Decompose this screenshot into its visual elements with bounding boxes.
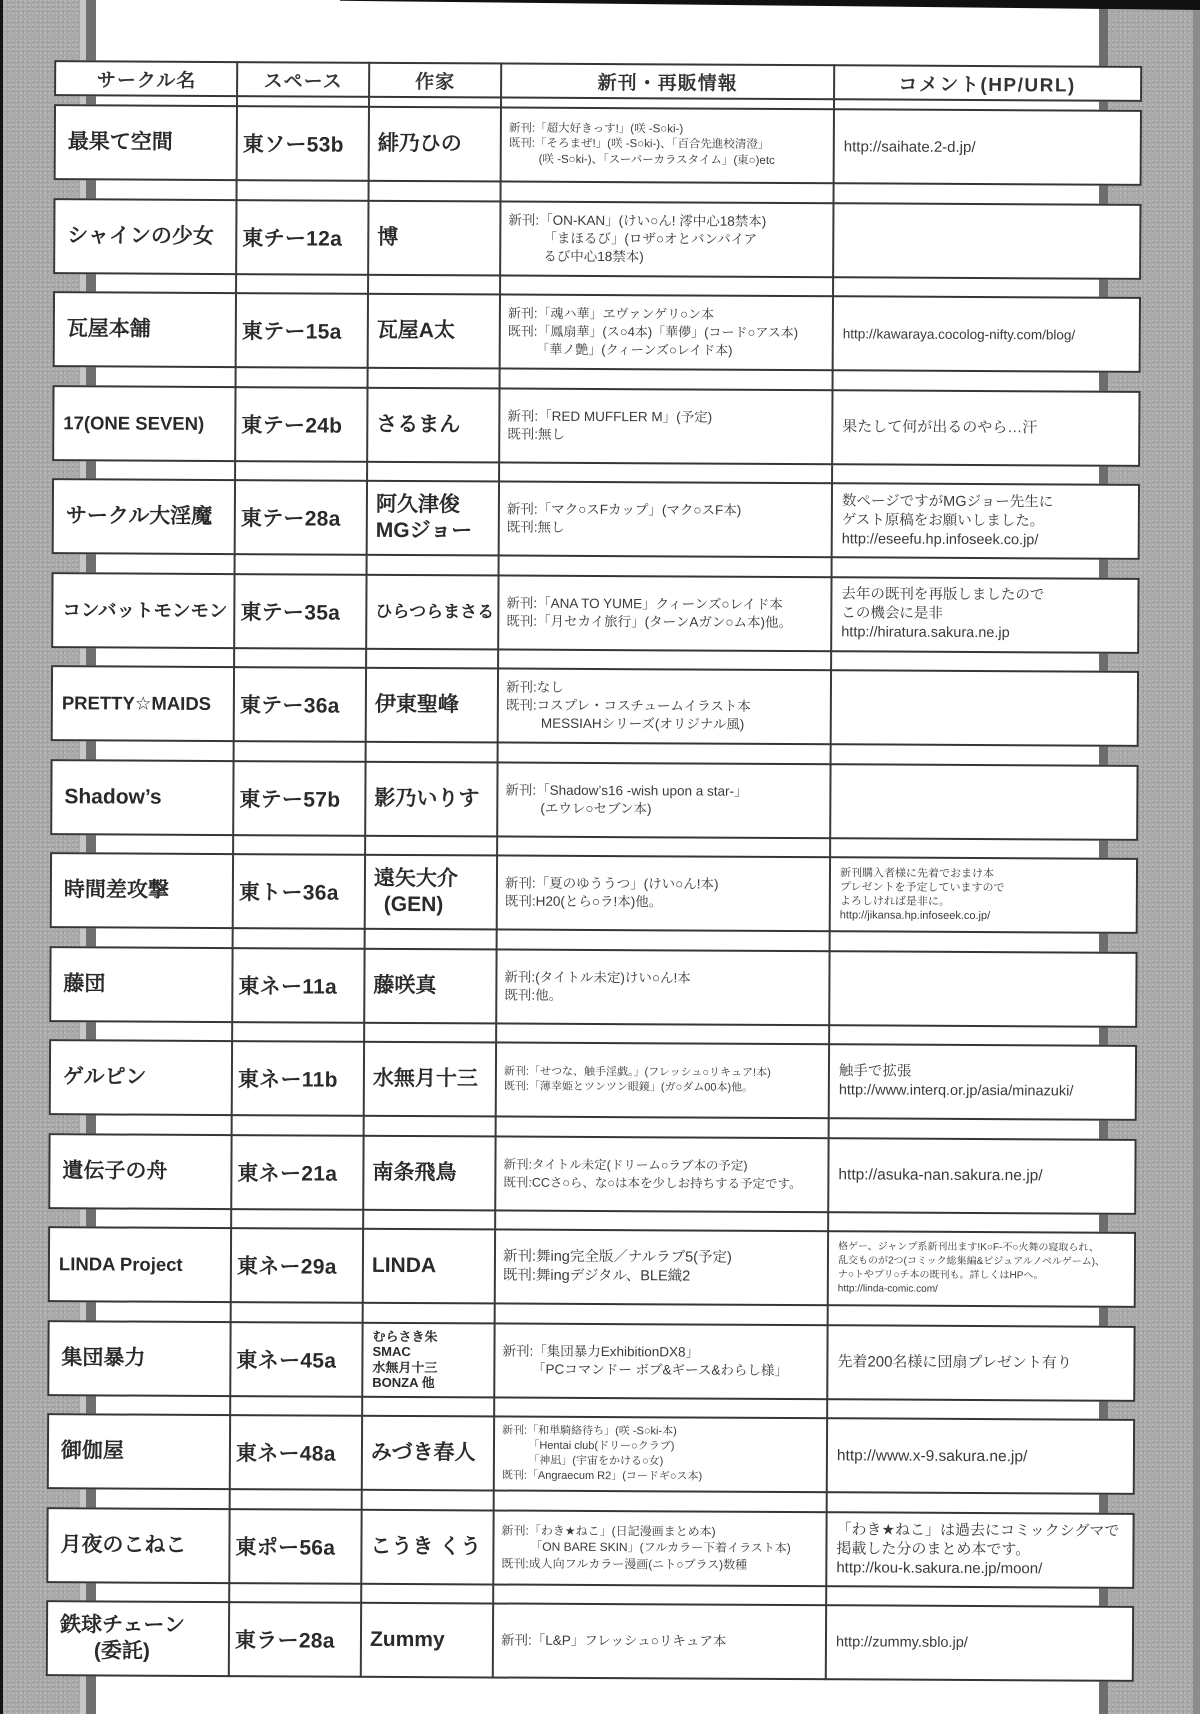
- cell-release-info: 新刊:「わき★ねこ」(日記漫画まとめ本) 「ON BARE SKIN」(フルカラ…: [493, 1511, 826, 1585]
- table-row: 時間差攻撃 東トー36a 遠矢大介 (GEN) 新刊:「夏のゆううつ」(けい○ん…: [50, 852, 1138, 934]
- cell-space: 東テー15a: [236, 294, 368, 367]
- info-line: 既刊:成人向フルカラー漫画(ニト○プラス)数種: [501, 1555, 826, 1573]
- cell-author: ひらつらまさる: [366, 575, 498, 648]
- info-line: 新刊:「L&P」フレッシュ○リキュア本: [501, 1632, 826, 1652]
- cell-release-info: 新刊:「マク○スFカップ」(マク○スF本) 既刊:無し: [499, 482, 832, 556]
- author-name: 遠矢大介: [374, 866, 497, 893]
- cell-release-info: 新刊:なし 既刊:コスプレ・コスチュームイラスト本 MESSIAHシリーズ(オリ…: [498, 669, 831, 743]
- comment-line: 新刊購入者様に先着でおまけ本: [840, 866, 1136, 882]
- cell-release-info: 新刊:タイトル未定(ドリーム○ラブ本の予定) 既刊:CCさ○ら、な○は本を少しお…: [495, 1137, 828, 1211]
- cell-comment: 去年の既刊を再版しましたので この機会に是非 http://hiratura.s…: [831, 578, 1137, 652]
- comment-line: この機会に是非: [841, 604, 1137, 625]
- cell-space: 東ネー11b: [232, 1042, 364, 1115]
- circle-note: (委託): [94, 1638, 229, 1665]
- cell-author: LINDA: [363, 1230, 495, 1303]
- cell-author: Zummy: [361, 1604, 493, 1677]
- header-release-info: 新刊・再販情報: [501, 65, 834, 99]
- author-name: (GEN): [374, 892, 497, 919]
- table-row: PRETTY☆MAIDS 東テー36a 伊東聖峰 新刊:なし 既刊:コスプレ・コ…: [51, 665, 1139, 747]
- circle-name: 鉄球チェーン: [60, 1612, 229, 1639]
- author-name: 影乃いりす: [374, 785, 497, 812]
- cell-space: 東ネー45a: [230, 1323, 362, 1396]
- info-line: 既刊:「月セカイ旅行」(ターンAガン○ム本)他。: [506, 612, 831, 632]
- info-line: 新刊:「ON-KAN」(けい○ん! 澪中心18禁本): [508, 211, 833, 231]
- table-row: 月夜のこねこ 東ポー56a こうき くう 新刊:「わき★ねこ」(日記漫画まとめ本…: [46, 1507, 1134, 1589]
- homepage-url: http://kou-k.sakura.ne.jp/moon/: [836, 1558, 1132, 1579]
- info-line: 既刊:H20(とら○ラ!本)他。: [505, 893, 830, 913]
- cell-author: こうき くう: [361, 1510, 493, 1583]
- cell-space: 東トー36a: [233, 855, 365, 928]
- table-row: LINDA Project 東ネー29a LINDA 新刊:舞ing完全版／ナル…: [48, 1226, 1136, 1308]
- cell-author: 影乃いりす: [365, 762, 497, 835]
- cell-space: 東ラー28a: [229, 1603, 361, 1676]
- header-circle-name: サークル名: [56, 62, 237, 95]
- table-row: シャインの少女 東チー12a 博 新刊:「ON-KAN」(けい○ん! 澪中心18…: [53, 198, 1141, 280]
- info-line: 既刊:「Angraecum R2」(コードギ○ス本): [502, 1469, 827, 1486]
- info-line: 「Hentai club(ドリー○クラブ): [502, 1439, 827, 1456]
- table-row: 瓦屋本舗 東テー15a 瓦屋A太 新刊:「魂ハ華」ヱヴァンゲリ○ン本 既刊:「鳳…: [53, 291, 1141, 373]
- comment-line: 「わき★ねこ」は過去にコミックシグマで: [837, 1520, 1133, 1541]
- cell-circle-name: 集団暴力: [49, 1322, 230, 1395]
- cell-author: 遠矢大介 (GEN): [365, 856, 497, 929]
- space-number: 東ネー48a: [236, 1437, 362, 1468]
- cell-release-info: 新刊:(タイトル未定)けい○ん!本 既刊:他。: [496, 950, 829, 1024]
- cell-comment: [833, 204, 1139, 278]
- cell-comment: http://zummy.sblo.jp/: [826, 1606, 1132, 1680]
- comment-line: 果たして何が出るのやら…汗: [842, 417, 1138, 438]
- cell-circle-name: LINDA Project: [50, 1228, 231, 1301]
- homepage-url: http://eseefu.hp.infoseek.co.jp/: [842, 530, 1138, 551]
- cell-author: 博: [368, 201, 500, 274]
- cell-comment: 先着200名様に団扇プレゼント有り: [827, 1326, 1133, 1400]
- cell-release-info: 新刊:「Shadow’s16 -wish upon a star-」 (エウレ○…: [497, 763, 830, 837]
- circle-name: PRETTY☆MAIDS: [62, 690, 234, 717]
- cell-comment: 数ページですがMGジョー先生に ゲスト原稿をお願いしました。 http://es…: [832, 484, 1138, 558]
- info-line: 新刊:「ANA TO YUME」クィーンズ○レイド本: [506, 594, 831, 614]
- space-number: 東チー12a: [242, 222, 368, 253]
- homepage-url: http://linda-comic.com/: [838, 1282, 1134, 1298]
- author-name: LINDA: [372, 1253, 495, 1280]
- info-line: 既刊:CCさ○ら、な○は本を少しお持ちする予定です。: [503, 1173, 828, 1193]
- space-number: 東ソー53b: [243, 128, 369, 159]
- author-name: みづき春人: [371, 1440, 494, 1467]
- author-name: SMAC: [372, 1344, 494, 1360]
- cell-release-info: 新刊:「せつな、触手淫戯。」(フレッシュ○リキュア!本) 既刊:「薄幸姫とツンツ…: [496, 1043, 829, 1117]
- space-number: 東テー15a: [242, 315, 368, 346]
- space-number: 東ネー29a: [237, 1250, 363, 1281]
- cell-release-info: 新刊:「集団暴力ExhibitionDX8」 「PCコマンドー ボブ&ギース&わ…: [494, 1324, 827, 1398]
- cell-release-info: 新刊:「ANA TO YUME」クィーンズ○レイド本 既刊:「月セカイ旅行」(タ…: [498, 576, 831, 650]
- author-name: 瓦屋A太: [377, 318, 500, 345]
- cell-circle-name: 17(ONE SEVEN): [54, 387, 235, 460]
- circle-name: サークル大淫魔: [66, 503, 235, 530]
- cell-circle-name: 時間差攻撃: [52, 854, 233, 927]
- cell-circle-name: PRETTY☆MAIDS: [53, 667, 234, 740]
- circle-name: 時間差攻撃: [64, 877, 233, 904]
- cell-space: 東テー57b: [233, 762, 365, 835]
- author-name: 南条飛鳥: [372, 1159, 495, 1186]
- author-name: 水無月十三: [372, 1359, 494, 1375]
- author-name: さるまん: [376, 411, 499, 438]
- comment-line: 触手で拡張: [839, 1062, 1135, 1083]
- circle-name: Shadow’s: [64, 784, 233, 811]
- info-line: 新刊:「Shadow’s16 -wish upon a star-」: [505, 781, 830, 801]
- cell-release-info: 新刊:「魂ハ華」ヱヴァンゲリ○ン本 既刊:「鳳扇華」(ス○4本)「華儚」(コード…: [500, 296, 833, 370]
- cell-space: 東ネー48a: [230, 1416, 362, 1489]
- table-row: サークル大淫魔 東テー28a 阿久津俊 MGジョー 新刊:「マク○スFカップ」(…: [52, 478, 1140, 560]
- cell-release-info: 新刊:「和単騎絡待ち」(咲 -S○ki-本) 「Hentai club(ドリー○…: [494, 1417, 827, 1491]
- cell-circle-name: 遺伝子の舟: [50, 1135, 231, 1208]
- table-body: サークル名 スペース 作家 新刊・再販情報 コメント(HP/URL) 最果て空間…: [46, 60, 1142, 1682]
- cell-comment: http://kawaraya.cocolog-nifty.com/blog/: [833, 297, 1139, 371]
- space-number: 東ネー11a: [238, 970, 364, 1001]
- comment-line: 去年の既刊を再版しましたので: [841, 585, 1137, 606]
- scan-edge-right: [1193, 0, 1200, 1714]
- circle-table: サークル名 スペース 作家 新刊・再販情報 コメント(HP/URL) 最果て空間…: [46, 60, 1142, 1682]
- info-line: 新刊:タイトル未定(ドリーム○ラブ本の予定): [503, 1155, 828, 1175]
- author-name: 緋乃ひの: [378, 131, 501, 158]
- circle-name: LINDA Project: [59, 1251, 231, 1278]
- info-line: MESSIAHシリーズ(オリジナル風): [506, 715, 831, 735]
- cell-comment: [829, 952, 1135, 1026]
- cell-author: 南条飛鳥: [363, 1136, 495, 1209]
- table-row: 鉄球チェーン (委託) 東ラー28a Zummy 新刊:「L&P」フレッシュ○リ…: [46, 1600, 1134, 1682]
- space-number: 東テー57b: [239, 783, 365, 814]
- table-header: サークル名 スペース 作家 新刊・再販情報 コメント(HP/URL): [54, 60, 1142, 102]
- author-name: 伊東聖峰: [375, 692, 498, 719]
- cell-space: 東ネー11a: [232, 949, 364, 1022]
- author-name: BONZA 他: [372, 1375, 494, 1391]
- info-line: 新刊:「超大好きっす!」(咲 -S○ki-): [509, 121, 834, 138]
- table-row: 御伽屋 東ネー48a みづき春人 新刊:「和単騎絡待ち」(咲 -S○ki-本) …: [47, 1413, 1135, 1495]
- info-line: 新刊:「魂ハ華」ヱヴァンゲリ○ン本: [508, 305, 833, 325]
- info-line: 新刊:なし: [506, 679, 831, 699]
- cell-space: 東チー12a: [236, 201, 368, 274]
- info-line: 既刊:他。: [504, 986, 829, 1006]
- table-row: ゲルピン 東ネー11b 水無月十三 新刊:「せつな、触手淫戯。」(フレッシュ○リ…: [49, 1039, 1137, 1121]
- info-line: 新刊:「和単騎絡待ち」(咲 -S○ki-本): [502, 1424, 827, 1441]
- author-name: 水無月十三: [373, 1066, 496, 1093]
- cell-comment: http://saihate.2-d.jp/: [834, 110, 1140, 184]
- table-row: 集団暴力 東ネー45a むらさき朱 SMAC 水無月十三 BONZA 他 新刊:…: [47, 1320, 1135, 1402]
- cell-author: 緋乃ひの: [369, 108, 501, 181]
- homepage-url: http://zummy.sblo.jp/: [836, 1633, 1132, 1654]
- info-line: 新刊:「マク○スFカップ」(マク○スF本): [507, 501, 832, 521]
- cell-circle-name: Shadow’s: [52, 761, 233, 834]
- info-line: 新刊:「RED MUFFLER M」(予定): [507, 407, 832, 427]
- table-row: コンバットモンモン 東テー35a ひらつらまさる 新刊:「ANA TO YUME…: [51, 572, 1139, 654]
- author-name: こうき くう: [370, 1533, 493, 1560]
- cell-circle-name: 御伽屋: [49, 1415, 230, 1488]
- space-number: 東ネー21a: [237, 1157, 363, 1188]
- cell-release-info: 新刊:「L&P」フレッシュ○リキュア本: [493, 1604, 826, 1678]
- header-space: スペース: [237, 63, 369, 96]
- homepage-url: http://hiratura.sakura.ne.jp: [841, 623, 1137, 644]
- circle-name: ゲルピン: [63, 1064, 232, 1091]
- cell-comment: 新刊購入者様に先着でおまけ本 プレゼントを予定していますので よろしければ是非に…: [830, 858, 1136, 932]
- space-number: 東テー36a: [240, 689, 366, 720]
- space-number: 東テー28a: [241, 502, 367, 533]
- circle-name: 月夜のこねこ: [60, 1532, 229, 1559]
- info-line: 新刊:(タイトル未定)けい○ん!本: [504, 968, 829, 988]
- header-author: 作家: [369, 64, 501, 97]
- author-name: ひらつらまさる: [375, 598, 498, 625]
- circle-name: 最果て空間: [68, 129, 237, 156]
- cell-comment: http://www.x-9.sakura.ne.jp/: [827, 1419, 1133, 1493]
- table-row: 藤団 東ネー11a 藤咲真 新刊:(タイトル未定)けい○ん!本 既刊:他。: [49, 946, 1137, 1028]
- cell-author: 瓦屋A太: [368, 295, 500, 368]
- cell-circle-name: 最果て空間: [56, 106, 237, 179]
- circle-name: 集団暴力: [61, 1345, 230, 1372]
- author-name: Zummy: [370, 1627, 493, 1654]
- comment-line: 掲載した分のまとめ本です。: [836, 1539, 1132, 1560]
- cell-comment: 触手で拡張 http://www.interq.or.jp/asia/minaz…: [829, 1045, 1135, 1119]
- space-number: 東ネー45a: [236, 1344, 362, 1375]
- info-line: 新刊:「わき★ねこ」(日記漫画まとめ本): [502, 1522, 827, 1540]
- comment-line: ナ○トやブリ○チ本の既刊も。詳しくはHPへ。: [838, 1268, 1134, 1284]
- cell-comment: [830, 765, 1136, 839]
- cell-space: 東テー35a: [234, 575, 366, 648]
- cell-space: 東テー28a: [235, 481, 367, 554]
- cell-space: 東ネー21a: [231, 1136, 363, 1209]
- cell-space: 東テー36a: [234, 668, 366, 741]
- header-comment: コメント(HP/URL): [834, 66, 1140, 100]
- cell-release-info: 新刊:「夏のゆううつ」(けい○ん!本) 既刊:H20(とら○ラ!本)他。: [497, 856, 830, 930]
- cell-comment: 果たして何が出るのやら…汗: [832, 391, 1138, 465]
- info-line: 既刊:「鳳扇華」(ス○4本)「華儚」(コード○アス本): [508, 323, 833, 343]
- info-line: 既刊:無し: [507, 425, 832, 445]
- cell-circle-name: 鉄球チェーン (委託): [48, 1602, 229, 1675]
- cell-circle-name: コンバットモンモン: [53, 574, 234, 647]
- cell-circle-name: 藤団: [51, 948, 232, 1021]
- cell-author: 伊東聖峰: [366, 669, 498, 742]
- space-number: 東ポー56a: [235, 1531, 361, 1562]
- info-line: (エウレ○セブン本): [505, 799, 830, 819]
- circle-name: 17(ONE SEVEN): [63, 410, 235, 437]
- info-line: 「PCコマンドー ボブ&ギース&わらし様」: [502, 1360, 827, 1380]
- info-line: 「華ノ艶」(クィーンズ○レイド本): [508, 341, 833, 361]
- cell-circle-name: 月夜のこねこ: [48, 1509, 229, 1582]
- info-line: るび中心18禁本): [508, 247, 833, 267]
- cell-author: 藤咲真: [364, 949, 496, 1022]
- homepage-url: http://www.interq.or.jp/asia/minazuki/: [839, 1081, 1135, 1102]
- info-line: 「神凪」(宇宙をかける○女): [502, 1454, 827, 1471]
- circle-name: 瓦屋本舗: [67, 316, 236, 343]
- space-number: 東ネー11b: [238, 1063, 364, 1094]
- author-name: 藤咲真: [373, 972, 496, 999]
- circle-name: コンバットモンモン: [62, 597, 234, 624]
- info-line: 既刊:「薄幸姫とツンツン眼鏡」(ガ○ダム00本)他。: [504, 1080, 829, 1097]
- info-line: 新刊:「夏のゆううつ」(けい○ん!本): [505, 875, 830, 895]
- cell-release-info: 新刊:「ON-KAN」(けい○ん! 澪中心18禁本) 「まほるび」(ロザ○オとバ…: [500, 202, 833, 276]
- author-name: 博: [377, 224, 500, 251]
- info-line: 新刊:舞ing完全版／ナルラブ5(予定): [503, 1248, 828, 1269]
- cell-author: むらさき朱 SMAC 水無月十三 BONZA 他: [362, 1323, 494, 1396]
- info-line: 既刊:無し: [507, 519, 832, 539]
- homepage-url: http://www.x-9.sakura.ne.jp/: [837, 1446, 1133, 1467]
- table-row: 遺伝子の舟 東ネー21a 南条飛鳥 新刊:タイトル未定(ドリーム○ラブ本の予定)…: [48, 1133, 1136, 1215]
- space-number: 東トー36a: [239, 876, 365, 907]
- cell-author: 阿久津俊 MGジョー: [367, 482, 499, 555]
- cell-comment: http://asuka-nan.sakura.ne.jp/: [828, 1139, 1134, 1213]
- cell-release-info: 新刊:「超大好きっす!」(咲 -S○ki-) 既刊:「そろまぜ!」(咲 -S○k…: [501, 109, 834, 183]
- table-row: 17(ONE SEVEN) 東テー24b さるまん 新刊:「RED MUFFLE…: [52, 385, 1140, 467]
- scan-edge-left: [0, 0, 3, 1714]
- cell-author: 水無月十三: [364, 1043, 496, 1116]
- info-line: 「ON BARE SKIN」(フルカラー下着イラスト本): [501, 1539, 826, 1557]
- homepage-url: http://asuka-nan.sakura.ne.jp/: [838, 1165, 1134, 1186]
- cell-comment: [831, 671, 1137, 745]
- comment-line: よろしければ是非に。: [840, 894, 1136, 910]
- homepage-url: http://saihate.2-d.jp/: [844, 137, 1140, 158]
- info-line: 既刊:コスプレ・コスチュームイラスト本: [506, 697, 831, 717]
- comment-line: 格ゲー、ジャンプ系新刊出ます!K○F-不○火舞の寝取られ、: [838, 1240, 1134, 1256]
- comment-line: 乱交ものが2つ(コミック総集編&ビジュアルノベルゲーム)、: [838, 1254, 1134, 1270]
- cell-space: 東ポー56a: [229, 1510, 361, 1583]
- circle-name: シャインの少女: [67, 223, 236, 250]
- cell-space: 東ネー29a: [231, 1229, 363, 1302]
- table-row: Shadow’s 東テー57b 影乃いりす 新刊:「Shadow’s16 -wi…: [50, 759, 1138, 841]
- author-name: 阿久津俊: [376, 492, 499, 519]
- info-line: 新刊:「集団暴力ExhibitionDX8」: [502, 1342, 827, 1362]
- space-number: 東テー35a: [240, 596, 366, 627]
- cell-comment: 「わき★ねこ」は過去にコミックシグマで 掲載した分のまとめ本です。 http:/…: [826, 1513, 1132, 1587]
- info-line: 新刊:「せつな、触手淫戯。」(フレッシュ○リキュア!本): [504, 1064, 829, 1081]
- cell-space: 東テー24b: [235, 388, 367, 461]
- cell-author: さるまん: [367, 388, 499, 461]
- author-name: むらさき朱: [373, 1328, 495, 1344]
- circle-name: 藤団: [63, 971, 232, 998]
- cell-comment: 格ゲー、ジャンプ系新刊出ます!K○F-不○火舞の寝取られ、 乱交ものが2つ(コミ…: [828, 1232, 1134, 1306]
- comment-line: 先着200名様に団扇プレゼント有り: [837, 1352, 1133, 1373]
- homepage-url: http://kawaraya.cocolog-nifty.com/blog/: [843, 326, 1139, 343]
- cell-release-info: 新刊:舞ing完全版／ナルラブ5(予定) 既刊:舞ingデジタル、BLE織2: [495, 1230, 828, 1304]
- comment-line: プレゼントを予定していますので: [840, 880, 1136, 896]
- info-line: 「まほるび」(ロザ○オとバンパイア: [508, 229, 833, 249]
- author-name: MGジョー: [376, 518, 499, 545]
- cell-space: 東ソー53b: [237, 107, 369, 180]
- info-line: (咲 -S○ki-)、「スーパーカラスタイム」(東○)etc: [509, 152, 834, 169]
- cell-circle-name: ゲルピン: [51, 1041, 232, 1114]
- space-number: 東ラー28a: [235, 1624, 361, 1655]
- cell-release-info: 新刊:「RED MUFFLER M」(予定) 既刊:無し: [499, 389, 832, 463]
- circle-name: 遺伝子の舟: [62, 1158, 231, 1185]
- info-line: 既刊:「そろまぜ!」(咲 -S○ki-)、「百合先進校清澄」: [509, 137, 834, 154]
- cell-circle-name: 瓦屋本舗: [55, 293, 236, 366]
- table-row: 最果て空間 東ソー53b 緋乃ひの 新刊:「超大好きっす!」(咲 -S○ki-)…: [54, 104, 1142, 186]
- homepage-url: http://jikansa.hp.infoseek.co.jp/: [840, 908, 1136, 924]
- comment-line: ゲスト原稿をお願いしました。: [842, 511, 1138, 532]
- info-line: 既刊:舞ingデジタル、BLE織2: [503, 1267, 828, 1288]
- cell-author: みづき春人: [362, 1417, 494, 1490]
- circle-name: 御伽屋: [61, 1438, 230, 1465]
- cell-circle-name: シャインの少女: [55, 200, 236, 273]
- comment-line: 数ページですがMGジョー先生に: [842, 492, 1138, 513]
- cell-circle-name: サークル大淫魔: [54, 480, 235, 553]
- space-number: 東テー24b: [241, 409, 367, 440]
